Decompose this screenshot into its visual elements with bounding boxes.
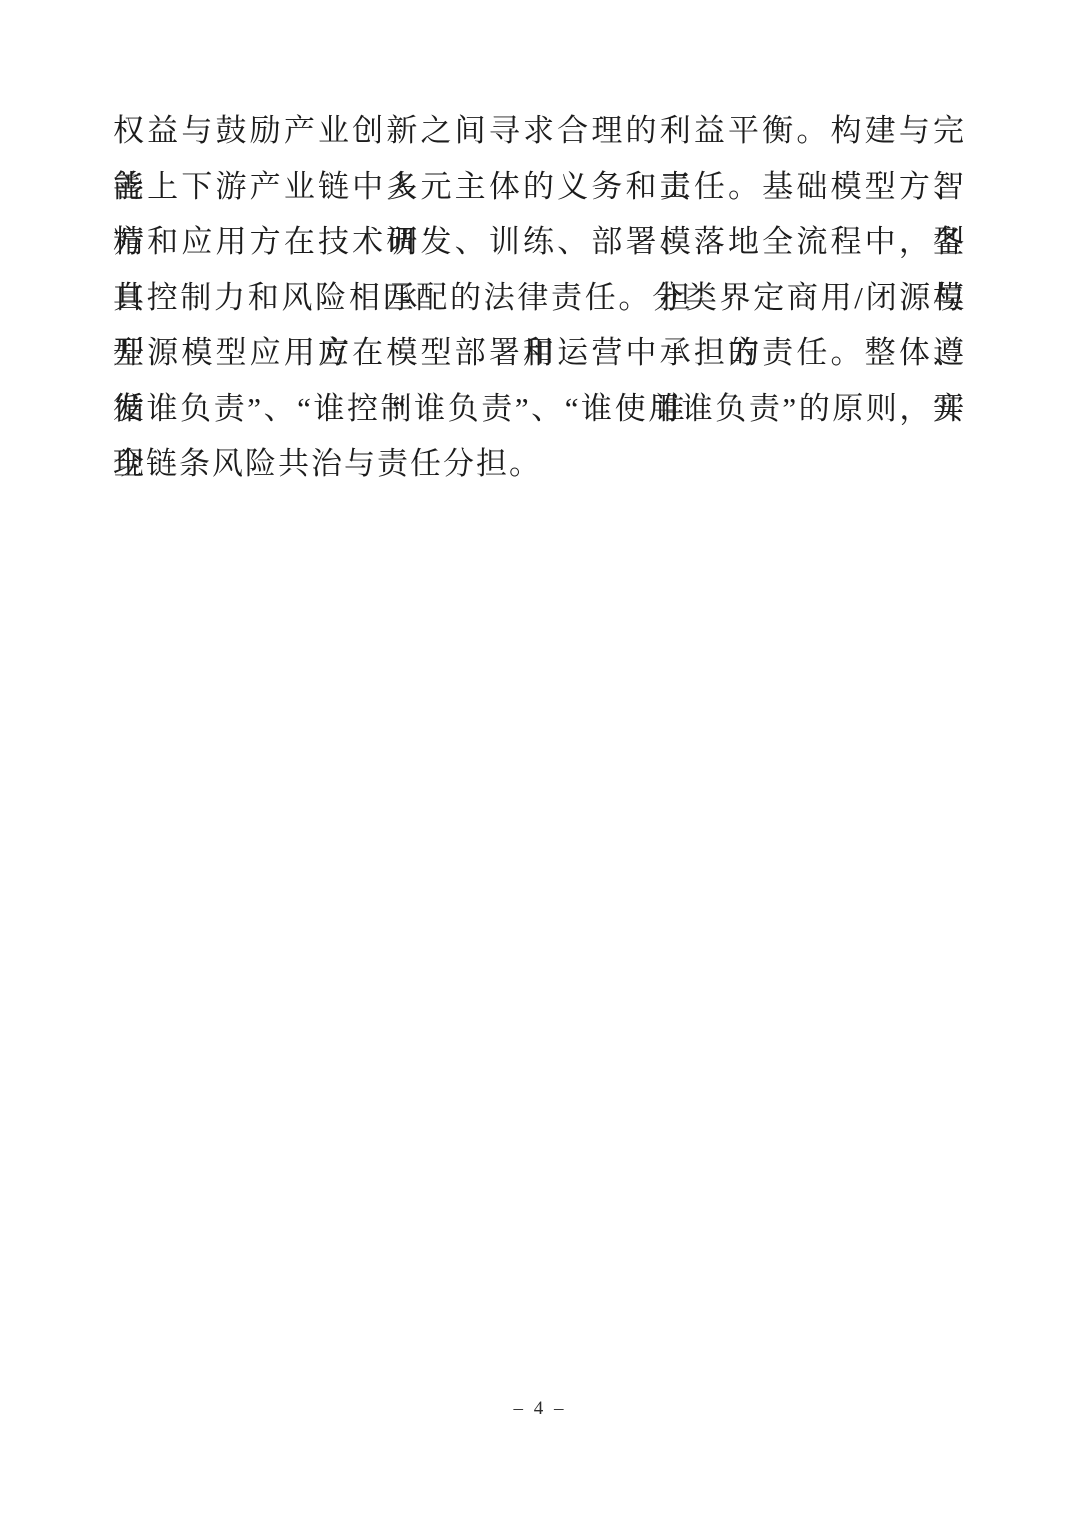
document-page: 权益与鼓励产业创新之间寻求合理的利益平衡。构建与完善人工智 能上下游产业链中多元… <box>0 0 1080 1527</box>
paragraph-line: 方和应用方在技术研发、训练、部署、落地全流程中，各自承担与 <box>113 214 966 270</box>
paragraph-line: 发谁负责”、“谁控制谁负责”、“谁使用谁负责”的原则，实现 <box>113 381 966 437</box>
paragraph-line: 其控制力和风险相匹配的法律责任。分类界定商用/闭源模型应用方、 <box>113 270 966 326</box>
paragraph-line: 全链条风险共治与责任分担。 <box>113 436 966 492</box>
paragraph-line: 能上下游产业链中多元主体的义务和责任。基础模型方、精调模型 <box>113 159 966 215</box>
paragraph-line: 权益与鼓励产业创新之间寻求合理的利益平衡。构建与完善人工智 <box>113 103 966 159</box>
paragraph-body: 权益与鼓励产业创新之间寻求合理的利益平衡。构建与完善人工智 能上下游产业链中多元… <box>113 103 966 492</box>
paragraph-line: 开源模型应用方在模型部署和运营中承担的责任。整体遵循“谁开 <box>113 325 966 381</box>
page-number: – 4 – <box>0 1394 1080 1424</box>
